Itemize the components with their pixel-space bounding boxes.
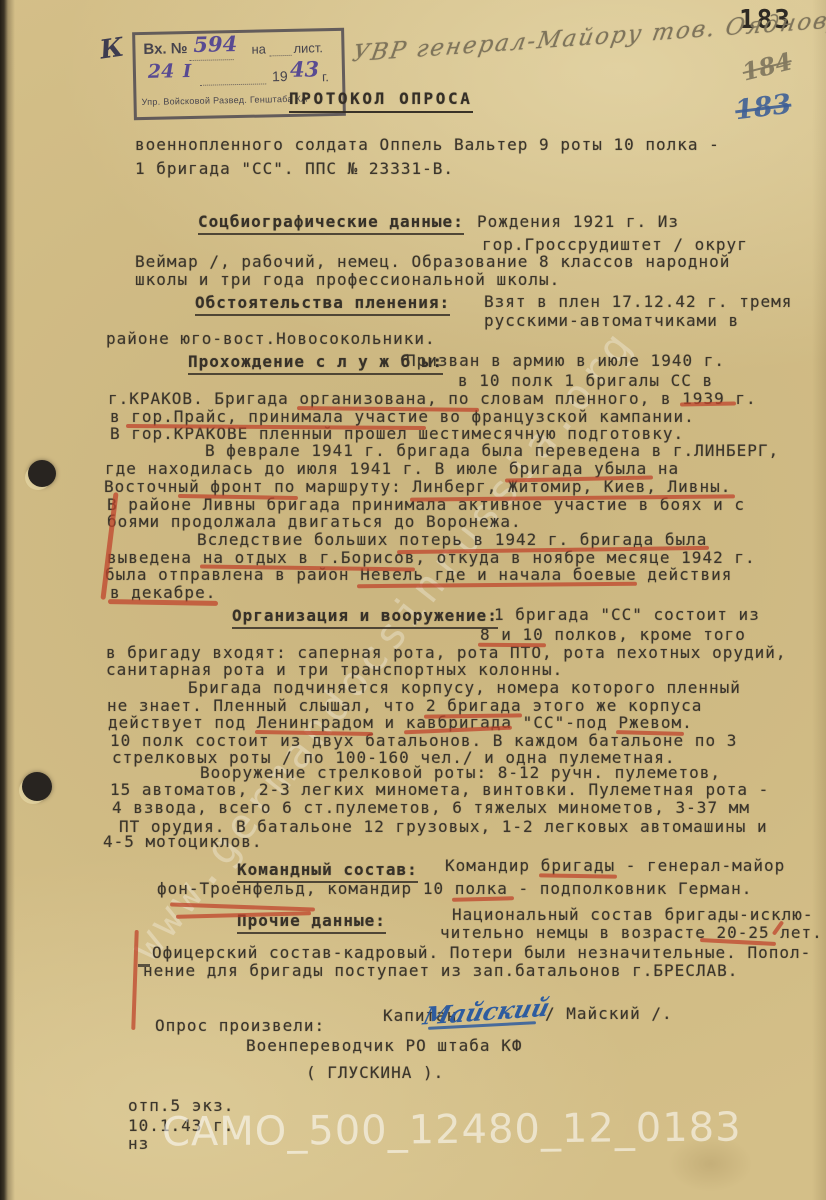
typed-line: Призван в армию в июле 1940 г. (406, 352, 725, 370)
red-underline (452, 896, 514, 902)
stamp-on-label: на (251, 41, 266, 56)
typed-line: г.КРАКОВ. Бригада организована, по слова… (108, 390, 757, 408)
typed-line: В феврале 1941 г. бригада была переведен… (205, 442, 779, 460)
handwritten-margin-letter: К (98, 32, 126, 65)
stamp-handwritten-month: I (183, 61, 192, 82)
typed-line: нение для бригады поступает из зап.батал… (143, 962, 738, 980)
typed-line: районе юго-вост.Новосокольники. (106, 330, 436, 348)
red-underline (108, 599, 218, 606)
stamp-org-line: Упр. Войсковой Развед. Генштаба КА (141, 94, 307, 107)
typed-line: ( ГЛУСКИНА ). (306, 1064, 444, 1082)
typed-line: 4 взвода, всего 6 ст.пулеметов, 6 тяжелы… (112, 799, 750, 817)
typed-line: отп.5 экз. (128, 1097, 234, 1115)
punch-hole-bottom (22, 772, 52, 801)
typed-line: школы и три года профессиональной школы. (135, 271, 560, 289)
stamp-number-underline (190, 58, 234, 61)
section-heading: Обстоятельства пленения: (195, 294, 450, 316)
archive-code-watermark: САМО_500_12480_12_0183 (162, 1104, 742, 1155)
document-title: ПРОТОКОЛ ОПРОСА (289, 89, 473, 113)
crossed-out-pencil-number: 184 (739, 46, 795, 86)
section-heading: Прохождение с л у ж б ы: (188, 353, 443, 375)
typed-line: 1 бригада "СС" состоит из (494, 606, 760, 624)
typed-line: Бригада подчиняется корпусу, номера кото… (188, 679, 741, 697)
red-margin-line (131, 930, 138, 1030)
typed-line: Веймар /, рабочий, немец. Образование 8 … (135, 253, 730, 271)
typed-line: санитарная рота и три транспортных колон… (106, 661, 563, 679)
typed-line: в 10 полк 1 бригалы СС в (458, 372, 713, 390)
typed-line: Командир бригады - генерал-майор (445, 857, 785, 875)
red-underline (539, 873, 617, 878)
typed-line: Военпереводчик РО штаба КФ (246, 1037, 522, 1055)
typed-line: Опрос произвели: (155, 1017, 325, 1035)
stamp-year-suffix: г. (322, 69, 329, 84)
typed-line: Взят в плен 17.12.42 г. тремя (484, 293, 792, 311)
typed-line: / Майский /. (545, 1005, 673, 1023)
stamp-handwritten-year: 43 (290, 56, 320, 82)
typed-line: действует под Ленинградом и кавбригада "… (108, 714, 693, 732)
scanned-document-page: www.germandocsinrussia.org 183 184 183 У… (0, 0, 826, 1200)
crossed-out-ink-number: 183 (733, 89, 793, 127)
typed-line: была отправлена в район Невель где и нач… (105, 566, 732, 584)
punch-hole-top (28, 460, 56, 487)
typed-line: русскими-автоматчиками в (484, 312, 739, 330)
typed-line: нз (128, 1135, 149, 1153)
typed-line: Офицерский состав-кадровый. Потери были … (152, 944, 811, 962)
section-heading: Организация и вооружение: (232, 607, 498, 629)
stamp-received-label: Вх. № (143, 40, 187, 58)
typed-line: 4-5 мотоциклов. (103, 833, 263, 851)
stamp-dotted-leader-1 (270, 54, 292, 56)
typed-line: военнопленного солдата Оппель Вальтер 9 … (135, 136, 720, 154)
stamp-dotted-leader-2 (200, 82, 266, 85)
stamp-handwritten-day: 24 (148, 60, 175, 83)
typed-line: чительно немцы в возрасте 20-25 лет. (440, 924, 823, 942)
red-underline (478, 643, 546, 648)
typed-line: 1 бригада "СС". ППС № 23331-В. (135, 160, 454, 178)
typed-line: где находилась до июля 1941 г. В июле бр… (105, 460, 679, 478)
margin-dash (138, 964, 150, 967)
stamp-year-printed: 19 (272, 68, 288, 84)
typed-line: 10.1.43 г. (128, 1117, 234, 1135)
typed-line: боями продолжала двигаться до Воронежа. (107, 513, 522, 531)
stamp-received-number: 594 (193, 31, 237, 57)
typed-line: фон-Троенфельд, командир 10 полка - подп… (157, 880, 752, 898)
typed-line: 15 автоматов, 2-3 легких миномета, винто… (110, 781, 769, 799)
typed-line: Национальный состав бригады-исклю- (452, 906, 814, 924)
typed-line: Рождения 1921 г. Из (477, 213, 679, 231)
stamp-sheets-label: лист. (293, 40, 323, 56)
section-heading: Соцбиографические данные: (198, 213, 464, 235)
typed-line: 8 и 10 полков, кроме того (480, 626, 746, 644)
